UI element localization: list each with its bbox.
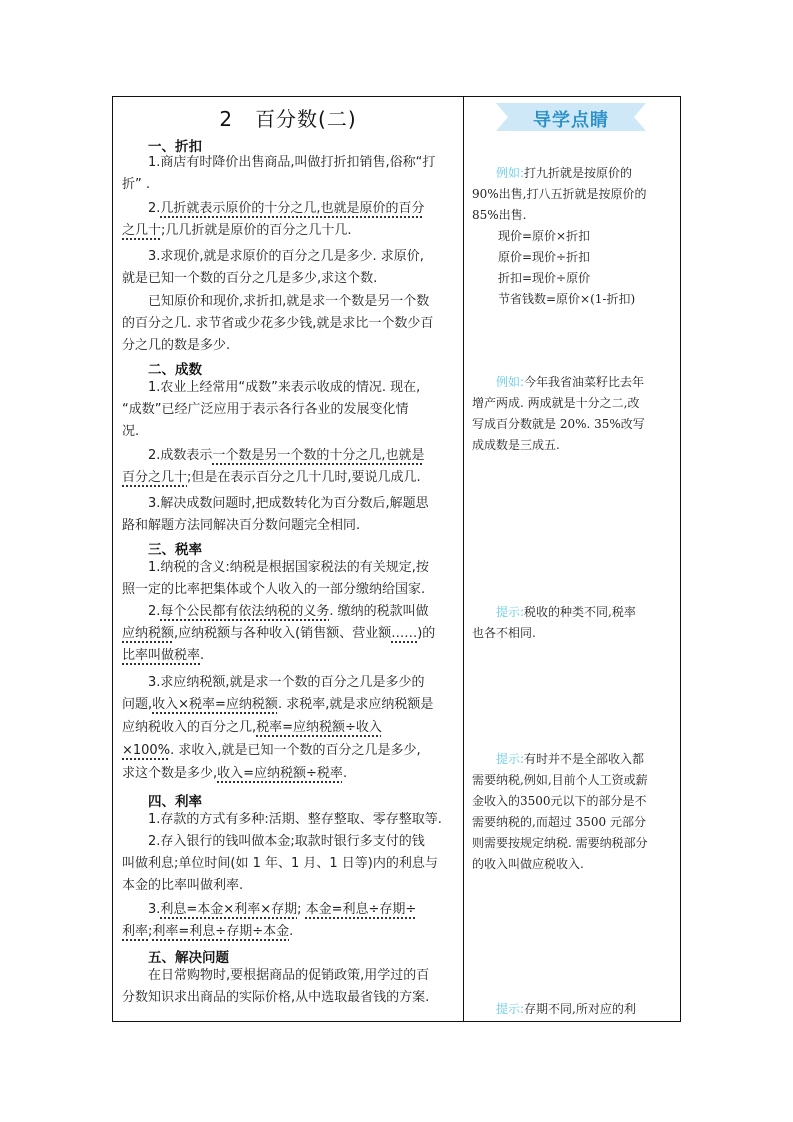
- emphasized-formula: 收入=应纳税额÷税率: [217, 766, 343, 781]
- paragraph-line: 2.存入银行的钱叫做本金;取款时银行多支付的钱: [122, 834, 456, 850]
- paragraph-line: 求这个数是多少,收入=应纳税额÷税率.: [122, 766, 456, 782]
- note-line: 则需要按规定纳税. 需要纳税部分: [472, 836, 677, 851]
- emphasized-formula: 税率=应纳税额÷收入: [256, 720, 382, 735]
- paragraph-line: 况.: [122, 424, 456, 440]
- note-line: 金收入的3500元以下的部分是不: [472, 794, 677, 809]
- note-line: 提示:税收的种类不同,税率: [472, 605, 677, 620]
- text: 2.成数表示: [148, 448, 212, 463]
- paragraph-line: 比率叫做税率.: [122, 648, 456, 664]
- text: .: [289, 924, 293, 939]
- paragraph-line: 本金的比率叫做利率.: [122, 878, 456, 894]
- paragraph-line: 1.存款的方式有多种:活期、整存整取、零存整取等.: [122, 812, 456, 828]
- paragraph-line: 3.求现价,就是求原价的百分之几是多少. 求原价,: [122, 249, 456, 265]
- formula-line: 节省钱数=原价×(1-折扣): [472, 292, 677, 307]
- emphasized-text: ……: [391, 626, 417, 641]
- emphasized-text: 几折就表示原价的十分之几,也就是原价的百分: [160, 201, 424, 216]
- emphasized-text: 之几十: [122, 223, 161, 238]
- paragraph-line: 应纳税收入的百分之几,税率=应纳税额÷收入: [122, 720, 456, 736]
- paragraph-line: 2.成数表示一个数是另一个数的十分之几,也就是: [122, 448, 456, 464]
- document-table: 2百分数(二) 一、折扣 1.商店有时降价出售商品,叫做打折扣销售,俗称“打 折…: [112, 96, 681, 1022]
- emphasized-text: 百分之几十: [122, 470, 187, 485]
- text: 打九折就是按原价的: [524, 166, 632, 180]
- note-tag: 例如:: [496, 166, 524, 180]
- paragraph-line: 百分之几十;但是在表示百分之几十几时,要说几成几.: [122, 470, 456, 486]
- text: )的: [417, 626, 435, 641]
- section-heading-problem-solving: 五、解决问题: [148, 946, 229, 966]
- main-content-column: 2百分数(二) 一、折扣 1.商店有时降价出售商品,叫做打折扣销售,俗称“打 折…: [113, 97, 463, 1021]
- text: 2.: [148, 604, 160, 619]
- emphasized-formula: 本金=利息÷存期÷: [306, 902, 417, 917]
- paragraph-line: 路和解题方法同解决百分数问题完全相同.: [122, 518, 456, 534]
- paragraph-line: 应纳税额,应纳税额与各种收入(销售额、营业额……)的: [122, 626, 456, 642]
- note-line: 提示:存期不同,所对应的利: [472, 1002, 677, 1017]
- text: ;几几折就是原价的百分之几十几.: [161, 223, 352, 238]
- paragraph-line: 1.纳税的含义:纳税是根据国家税法的有关规定,按: [122, 560, 456, 576]
- paragraph-line: 利率;利率=利息÷存期÷本金.: [122, 924, 456, 940]
- text: ;: [297, 902, 306, 917]
- text: ,应纳税额与各种收入(销售额、营业额: [174, 626, 391, 641]
- note-line: 例如:打九折就是按原价的: [472, 166, 677, 181]
- paragraph-line: 就是已知一个数的百分之几是多少,求这个数.: [122, 271, 456, 287]
- formula-line: 折扣=现价÷原价: [472, 271, 677, 286]
- paragraph-line: 3.解决成数问题时,把成数转化为百分数后,解题思: [122, 496, 456, 512]
- text: 2.: [148, 201, 160, 216]
- note-line: 增产两成. 两成就是十分之二,改: [472, 396, 677, 411]
- guide-banner: 导学点睛: [496, 103, 646, 131]
- section-heading-tax-rate: 三、税率: [148, 538, 202, 558]
- paragraph-line: “成数”已经广泛应用于表示各行各业的发展变化情: [122, 402, 456, 418]
- text: . 求税率,就是求应纳税额是: [278, 697, 433, 712]
- emphasized-text: 比率叫做税率: [122, 648, 200, 663]
- section-heading-interest-rate: 四、利率: [148, 790, 202, 810]
- paragraph-line: ×100%. 求收入,就是已知一个数的百分之几是多少,: [122, 743, 456, 759]
- paragraph-line: 已知原价和现价,求折扣,就是求一个数是另一个数: [122, 294, 456, 310]
- note-line: 例如:今年我省油菜籽比去年: [472, 375, 677, 390]
- emphasized-text: 一个数是另一个数的十分之几,也就是: [212, 448, 424, 463]
- paragraph-line: 叫做利息;单位时间(如 1 年、1 月、1 日等)内的利息与: [122, 856, 456, 872]
- emphasized-formula: 收入×税率=应纳税额: [152, 697, 278, 712]
- text: 存期不同,所对应的利: [524, 1002, 636, 1016]
- paragraph-line: 1.商店有时降价出售商品,叫做打折扣销售,俗称“打: [122, 155, 456, 171]
- emphasized-formula: 利率: [122, 924, 148, 939]
- emphasized-text: 每个公民都有依法纳税的义务: [160, 604, 329, 619]
- formula-line: 原价=现价÷折扣: [472, 250, 677, 265]
- text: 求这个数是多少,: [122, 766, 217, 781]
- text: . 缴纳的税款叫做: [329, 604, 428, 619]
- paragraph-line: 之几十;几几折就是原价的百分之几十几.: [122, 223, 456, 239]
- emphasized-formula: 利率=利息÷存期÷本金: [152, 924, 289, 939]
- paragraph-line: 在日常购物时,要根据商品的促销政策,用学过的百: [122, 968, 456, 984]
- text: 问题,: [122, 697, 152, 712]
- note-line: 成成数是三成五.: [472, 438, 677, 453]
- paragraph-line: 分数知识求出商品的实际价格,从中选取最省钱的方案.: [122, 990, 456, 1006]
- paragraph-line: 2.几折就表示原价的十分之几,也就是原价的百分: [122, 201, 456, 217]
- text: 3.: [148, 902, 160, 917]
- page-title: 2百分数(二): [113, 103, 463, 132]
- text: . 求收入,就是已知一个数的百分之几是多少,: [170, 743, 421, 758]
- section-heading-chengshu: 二、成数: [148, 358, 202, 378]
- formula-line: 现价=原价×折扣: [472, 229, 677, 244]
- note-line: 也各不相同.: [472, 626, 677, 641]
- text: 今年我省油菜籽比去年: [524, 375, 644, 389]
- paragraph-line: 照一定的比率把集体或个人收入的一部分缴纳给国家.: [122, 582, 456, 598]
- paragraph-line: 2.每个公民都有依法纳税的义务. 缴纳的税款叫做: [122, 604, 456, 620]
- note-line: 提示:有时并不是全部收入都: [472, 752, 677, 767]
- guide-banner-title: 导学点睛: [496, 106, 646, 132]
- paragraph-line: 折” .: [122, 177, 456, 193]
- text: 税收的种类不同,税率: [524, 605, 636, 619]
- text: 应纳税收入的百分之几,: [122, 720, 256, 735]
- lesson-number: 2: [219, 107, 233, 131]
- lesson-title: 百分数(二): [255, 107, 357, 131]
- section-heading-discount: 一、折扣: [148, 135, 202, 155]
- note-line: 需要纳税的,而超过 3500 元部分: [472, 815, 677, 830]
- emphasized-text: 应纳税额: [122, 626, 174, 641]
- note-line: 写成百分数就是 20%. 35%改写: [472, 417, 677, 432]
- emphasized-formula: ×100%: [122, 743, 170, 758]
- paragraph-line: 3.求应纳税额,就是求一个数的百分之几是多少的: [122, 675, 456, 691]
- text: .: [200, 648, 204, 663]
- text: .: [343, 766, 347, 781]
- paragraph-line: 1.农业上经常用“成数”来表示收成的情况. 现在,: [122, 380, 456, 396]
- emphasized-formula: 利息=本金×利率×存期: [160, 902, 297, 917]
- paragraph-line: 分之几的数是多少.: [122, 338, 456, 354]
- note-tag: 提示:: [496, 752, 524, 766]
- note-line: 的收入叫做应税收入.: [472, 857, 677, 872]
- paragraph-line: 3.利息=本金×利率×存期; 本金=利息÷存期÷: [122, 902, 456, 918]
- note-tag: 例如:: [496, 375, 524, 389]
- paragraph-line: 问题,收入×税率=应纳税额. 求税率,就是求应纳税额是: [122, 697, 456, 713]
- note-tag: 提示:: [496, 605, 524, 619]
- sidebar-notes-column: 导学点睛 例如:打九折就是按原价的 90%出售,打八五折就是按原价的 85%出售…: [464, 97, 681, 1021]
- text: ;但是在表示百分之几十几时,要说几成几.: [187, 470, 421, 485]
- note-tag: 提示:: [496, 1002, 524, 1016]
- note-line: 85%出售.: [472, 208, 677, 223]
- note-line: 90%出售,打八五折就是按原价的: [472, 187, 677, 202]
- paragraph-line: 的百分之几. 求节省或少花多少钱,就是求比一个数少百: [122, 316, 456, 332]
- text: 有时并不是全部收入都: [524, 752, 644, 766]
- note-line: 需要纳税,例如,目前个人工资或薪: [472, 773, 677, 788]
